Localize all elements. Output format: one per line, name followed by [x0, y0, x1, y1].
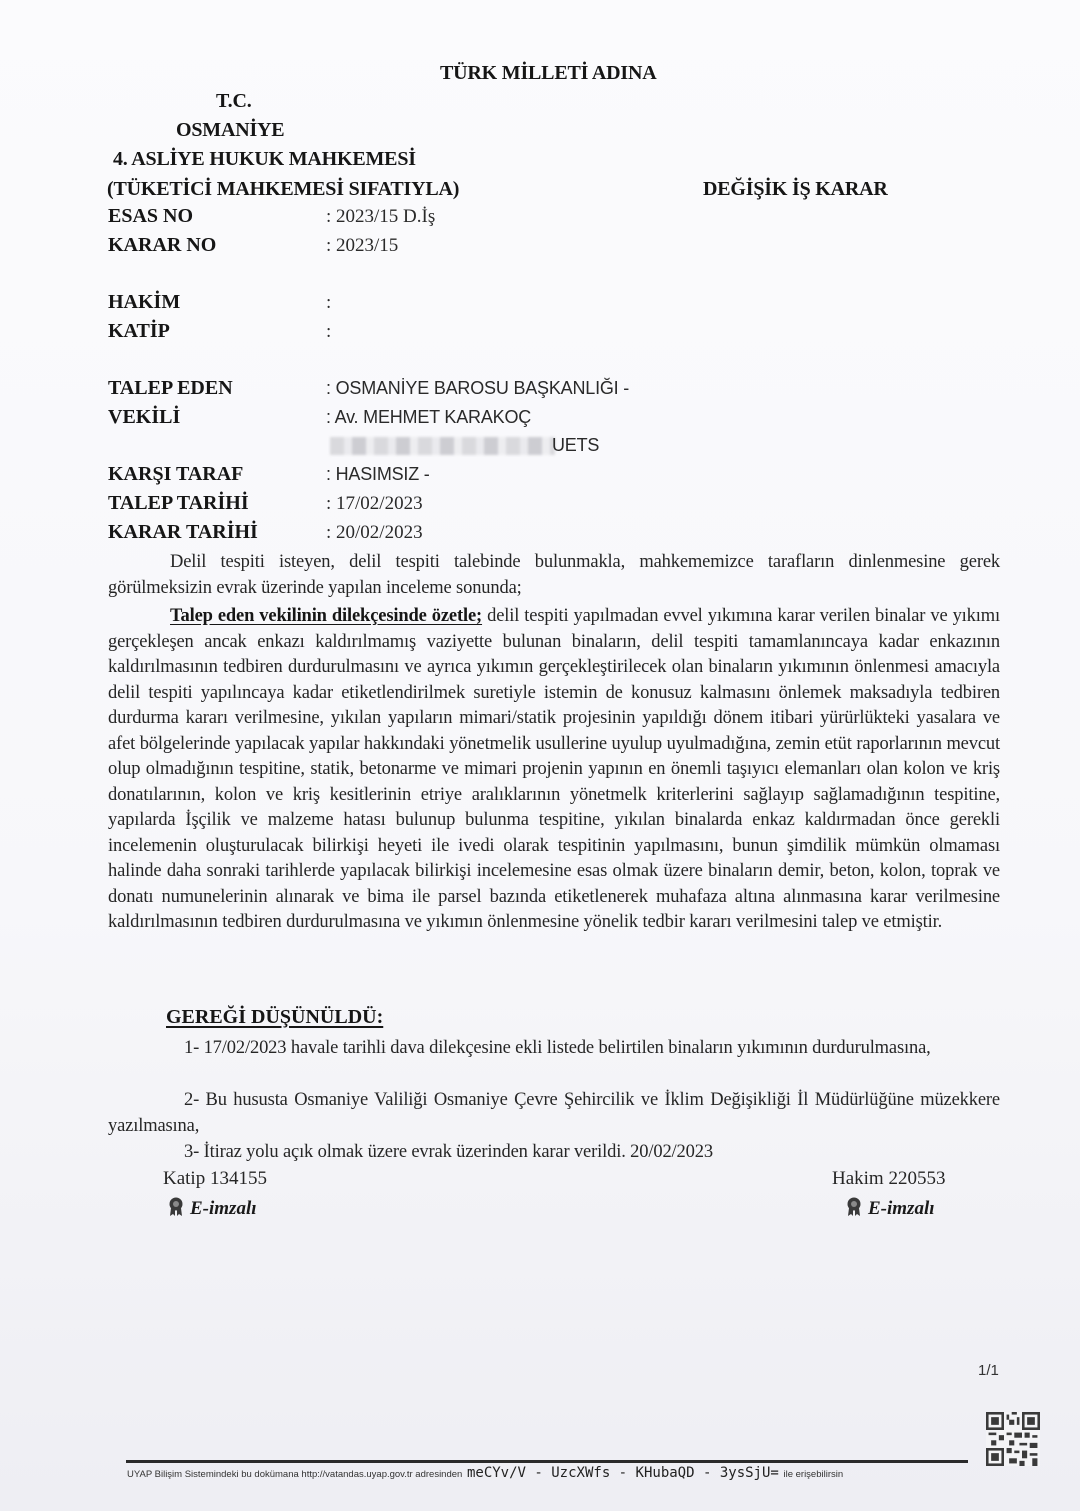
ruling-item-3: 3- İtiraz yolu açık olmak üzere evrak üz…	[108, 1140, 1000, 1166]
request-summary-lead: Talep eden vekilinin dilekçesinde özetle…	[170, 606, 482, 626]
karar-no-value: : 2023/15	[326, 235, 398, 257]
seal-ribbon-icon	[846, 1197, 862, 1217]
ruling-item-1: 1- 17/02/2023 havale tarihli dava dilekç…	[108, 1036, 1000, 1062]
karsi-taraf-value: : HASIMSIZ -	[326, 464, 430, 485]
court-name: 4. ASLİYE HUKUK MAHKEMESİ	[113, 148, 416, 171]
judge-signature-title: Hakim 220553	[832, 1168, 945, 1190]
request-summary-body: delil tespiti yapılmadan evvel yıkımına …	[108, 606, 1000, 932]
hakim-label: HAKİM	[108, 291, 180, 314]
katip-label: KATİP	[108, 320, 170, 343]
decision-type: DEĞİŞİK İŞ KARAR	[703, 178, 888, 201]
city-label: OSMANİYE	[176, 119, 284, 142]
court-capacity: (TÜKETİCİ MAHKEMESİ SIFATIYLA)	[107, 178, 459, 201]
karar-tarihi-label: KARAR TARİHİ	[108, 521, 258, 544]
redacted-address	[330, 437, 555, 455]
clerk-signature-title: Katip 134155	[163, 1168, 267, 1190]
karar-tarihi-value: : 20/02/2023	[326, 522, 423, 544]
judge-e-signature: E-imzalı	[846, 1197, 935, 1220]
katip-value: :	[326, 321, 331, 343]
intro-paragraph: Delil tespiti isteyen, delil tespiti tal…	[108, 550, 1000, 601]
talep-tarihi-value: : 17/02/2023	[326, 493, 423, 515]
ruling-item-1-text: 1- 17/02/2023 havale tarihli dava dilekç…	[184, 1038, 931, 1058]
vekili-label: VEKİLİ	[108, 406, 180, 429]
clerk-e-signature-text: E-imzalı	[190, 1198, 257, 1219]
esas-no-value: : 2023/15 D.İş	[326, 206, 435, 228]
ruling-item-2: 2- Bu hususta Osmaniye Valiliği Osmaniye…	[108, 1088, 1000, 1139]
verification-code: meCYv/V - UzcXWfs - KHubaQD - 3ysSjU=	[467, 1465, 779, 1481]
judge-e-signature-text: E-imzalı	[868, 1198, 935, 1219]
country-label: T.C.	[216, 90, 252, 113]
karar-no-label: KARAR NO	[108, 234, 216, 257]
footer-suffix: ile erişebilirsin	[783, 1469, 843, 1480]
document-heading: TÜRK MİLLETİ ADINA	[440, 62, 656, 85]
page-number: 1/1	[978, 1362, 999, 1379]
vekili-uets: UETS	[552, 435, 599, 456]
ruling-item-2-text: 2- Bu hususta Osmaniye Valiliği Osmaniye…	[108, 1090, 1000, 1136]
karsi-taraf-label: KARŞI TARAF	[108, 463, 243, 486]
footer-prefix: UYAP Bilişim Sistemindeki bu dokümana ht…	[127, 1469, 462, 1480]
clerk-e-signature: E-imzalı	[168, 1197, 257, 1220]
vekili-value: : Av. MEHMET KARAKOÇ	[326, 407, 531, 428]
intro-text: Delil tespiti isteyen, delil tespiti tal…	[108, 552, 1000, 598]
qr-code-icon	[986, 1412, 1040, 1466]
talep-eden-label: TALEP EDEN	[108, 377, 233, 400]
ruling-heading: GEREĞİ DÜŞÜNÜLDÜ:	[166, 1006, 383, 1029]
ruling-item-3-text: 3- İtiraz yolu açık olmak üzere evrak üz…	[184, 1142, 713, 1162]
request-summary-paragraph: Talep eden vekilinin dilekçesinde özetle…	[108, 604, 1000, 936]
talep-eden-value: : OSMANİYE BAROSU BAŞKANLIĞI -	[326, 378, 629, 399]
footer-divider	[126, 1460, 968, 1463]
hakim-value: :	[326, 292, 331, 314]
esas-no-label: ESAS NO	[108, 205, 193, 228]
footer-verification: UYAP Bilişim Sistemindeki bu dokümana ht…	[127, 1465, 843, 1481]
seal-ribbon-icon	[168, 1197, 184, 1217]
talep-tarihi-label: TALEP TARİHİ	[108, 492, 249, 515]
